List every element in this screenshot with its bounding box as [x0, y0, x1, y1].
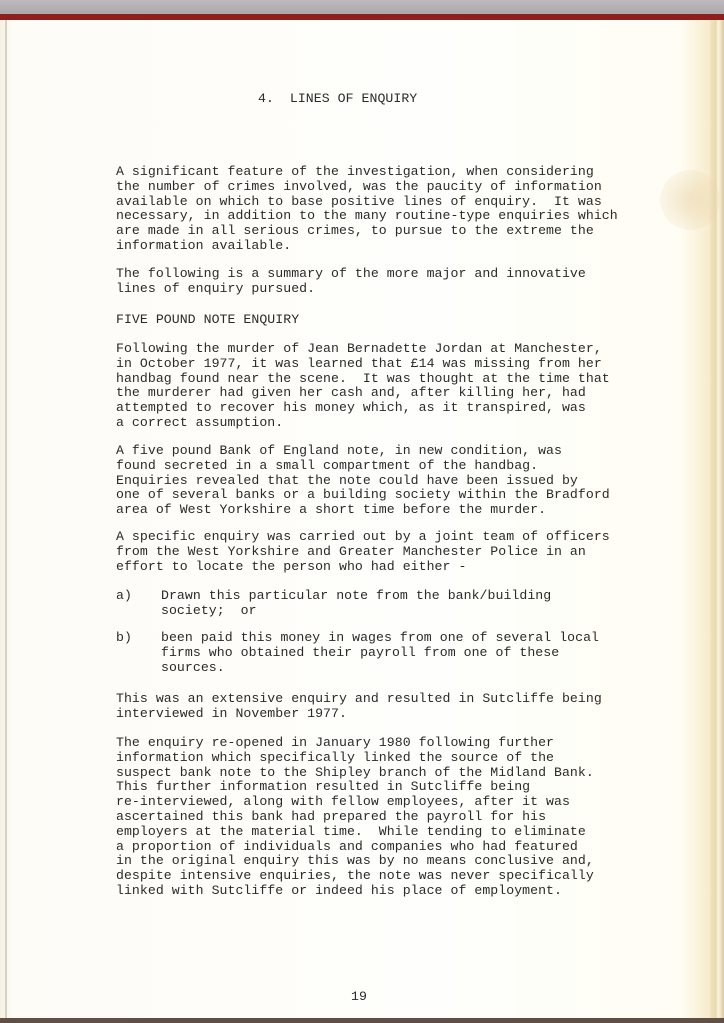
list-item-b-text: been paid this money in wages from one o… — [161, 631, 599, 675]
paragraph-joint-enquiry: A specific enquiry was carried out by a … — [116, 530, 610, 574]
subheading-five-pound-note: FIVE POUND NOTE ENQUIRY — [116, 313, 299, 328]
list-item-a-marker: a) — [116, 589, 132, 604]
page-left-edge — [5, 20, 7, 1020]
book-binding-edge — [710, 20, 724, 1020]
intro-paragraph: A significant feature of the investigati… — [116, 165, 618, 254]
paragraph-bank-note: A five pound Bank of England note, in ne… — [116, 444, 610, 518]
paragraph-jordan-murder: Following the murder of Jean Bernadette … — [116, 342, 610, 431]
paper-stain — [660, 170, 720, 230]
list-item-a-text: Drawn this particular note from the bank… — [161, 589, 551, 619]
summary-paragraph: The following is a summary of the more m… — [116, 267, 586, 297]
paragraph-reopened-1980: The enquiry re-opened in January 1980 fo… — [116, 736, 594, 899]
scan-bottom-edge — [0, 1018, 724, 1023]
paragraph-interview-1977: This was an extensive enquiry and result… — [116, 692, 602, 722]
list-item-b-marker: b) — [116, 631, 132, 646]
section-heading: 4. LINES OF ENQUIRY — [258, 92, 417, 107]
page-number: 19 — [351, 990, 367, 1005]
